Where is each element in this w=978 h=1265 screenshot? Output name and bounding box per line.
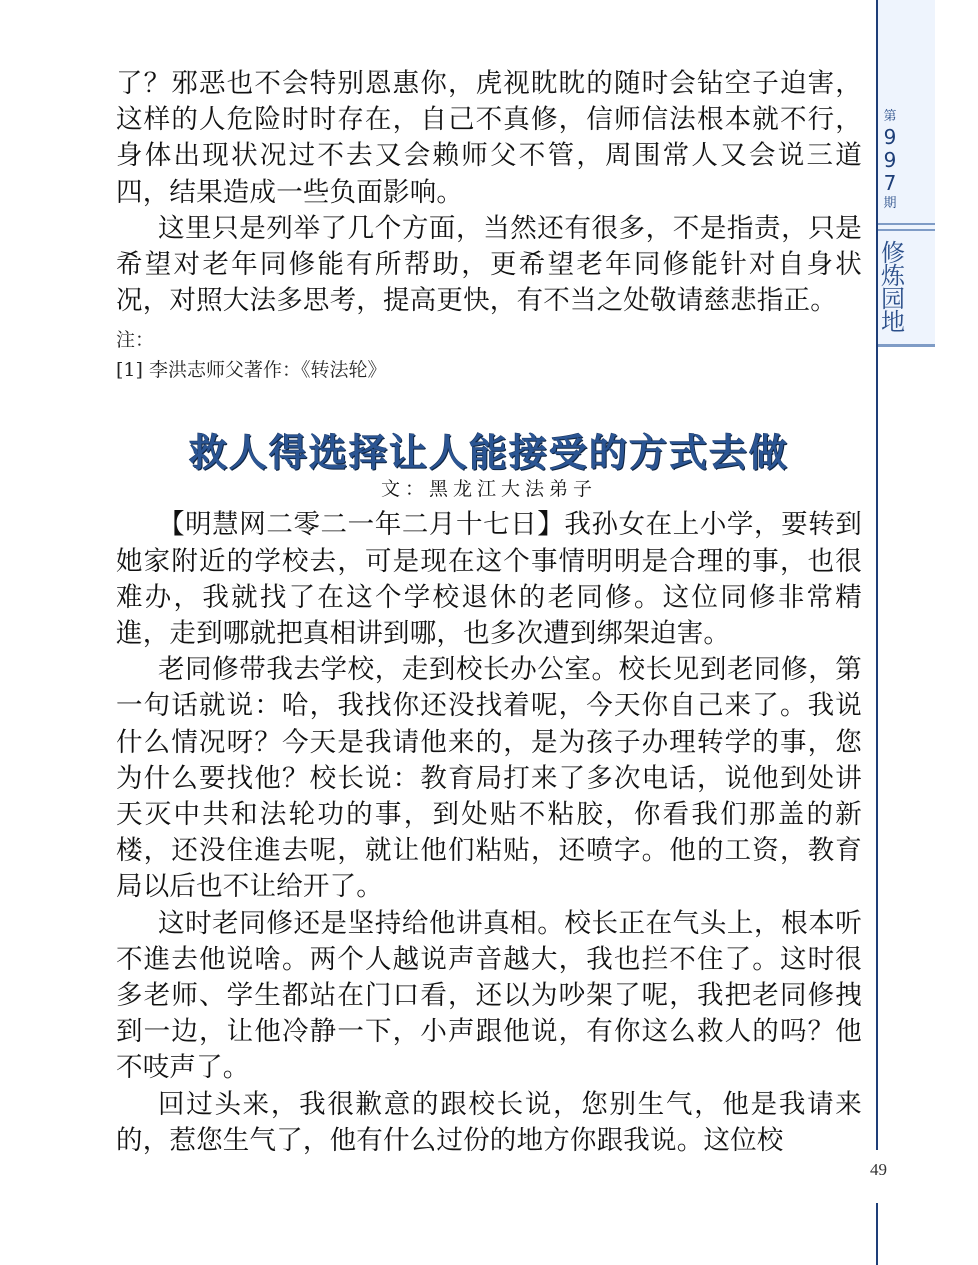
article-paragraph-3: 这时老同修还是坚持给他讲真相。校长正在气头上，根本听不進去他说啥。两个人越说声音… bbox=[116, 906, 862, 1087]
page-number: 49 bbox=[870, 1160, 887, 1180]
issue-suffix: 期 bbox=[878, 195, 902, 213]
article-byline: 文：黑龙江大法弟子 bbox=[116, 477, 862, 501]
issue-digit: 9 bbox=[878, 149, 902, 172]
sidebar-divider bbox=[878, 229, 935, 231]
issue-prefix: 第 bbox=[878, 108, 902, 126]
article-title: 救人得选择让人能接受的方式去做 bbox=[116, 429, 862, 477]
margin-rule-bottom bbox=[876, 1203, 878, 1265]
prev-paragraph-1: 了？邪恶也不会特别恩惠你，虎视眈眈的随时会钻空子迫害，这样的人危险时时存在，自己… bbox=[116, 66, 862, 211]
issue-digit: 7 bbox=[878, 172, 902, 195]
note-item: [1] 李洪志师父著作：《转法轮》 bbox=[116, 357, 862, 383]
issue-digit: 9 bbox=[878, 126, 902, 149]
issue-number: 第 9 9 7 期 bbox=[878, 108, 902, 213]
note-label: 注： bbox=[116, 327, 862, 353]
sidebar-divider bbox=[878, 344, 935, 347]
article-paragraph-4: 回过头来，我很歉意的跟校长说，您别生气，他是我请来的，惹您生气了，他有什么过份的… bbox=[116, 1087, 862, 1159]
section-char: 地 bbox=[880, 311, 906, 334]
page-content: 了？邪恶也不会特别恩惠你，虎视眈眈的随时会钻空子迫害，这样的人危险时时存在，自己… bbox=[116, 66, 862, 1159]
prev-paragraph-2: 这里只是列举了几个方面，当然还有很多，不是指责，只是希望对老年同修能有所帮助，更… bbox=[116, 211, 862, 320]
sidebar-divider bbox=[878, 223, 935, 225]
article-paragraph-1: 【明慧网二零二一年二月十七日】我孙女在上小学，要转到她家附近的学校去，可是现在这… bbox=[116, 507, 862, 652]
section-name: 修 炼 园 地 bbox=[880, 242, 906, 334]
article-paragraph-2: 老同修带我去学校，走到校长办公室。校长见到老同修，第一句话就说：哈，我找你还没找… bbox=[116, 652, 862, 905]
